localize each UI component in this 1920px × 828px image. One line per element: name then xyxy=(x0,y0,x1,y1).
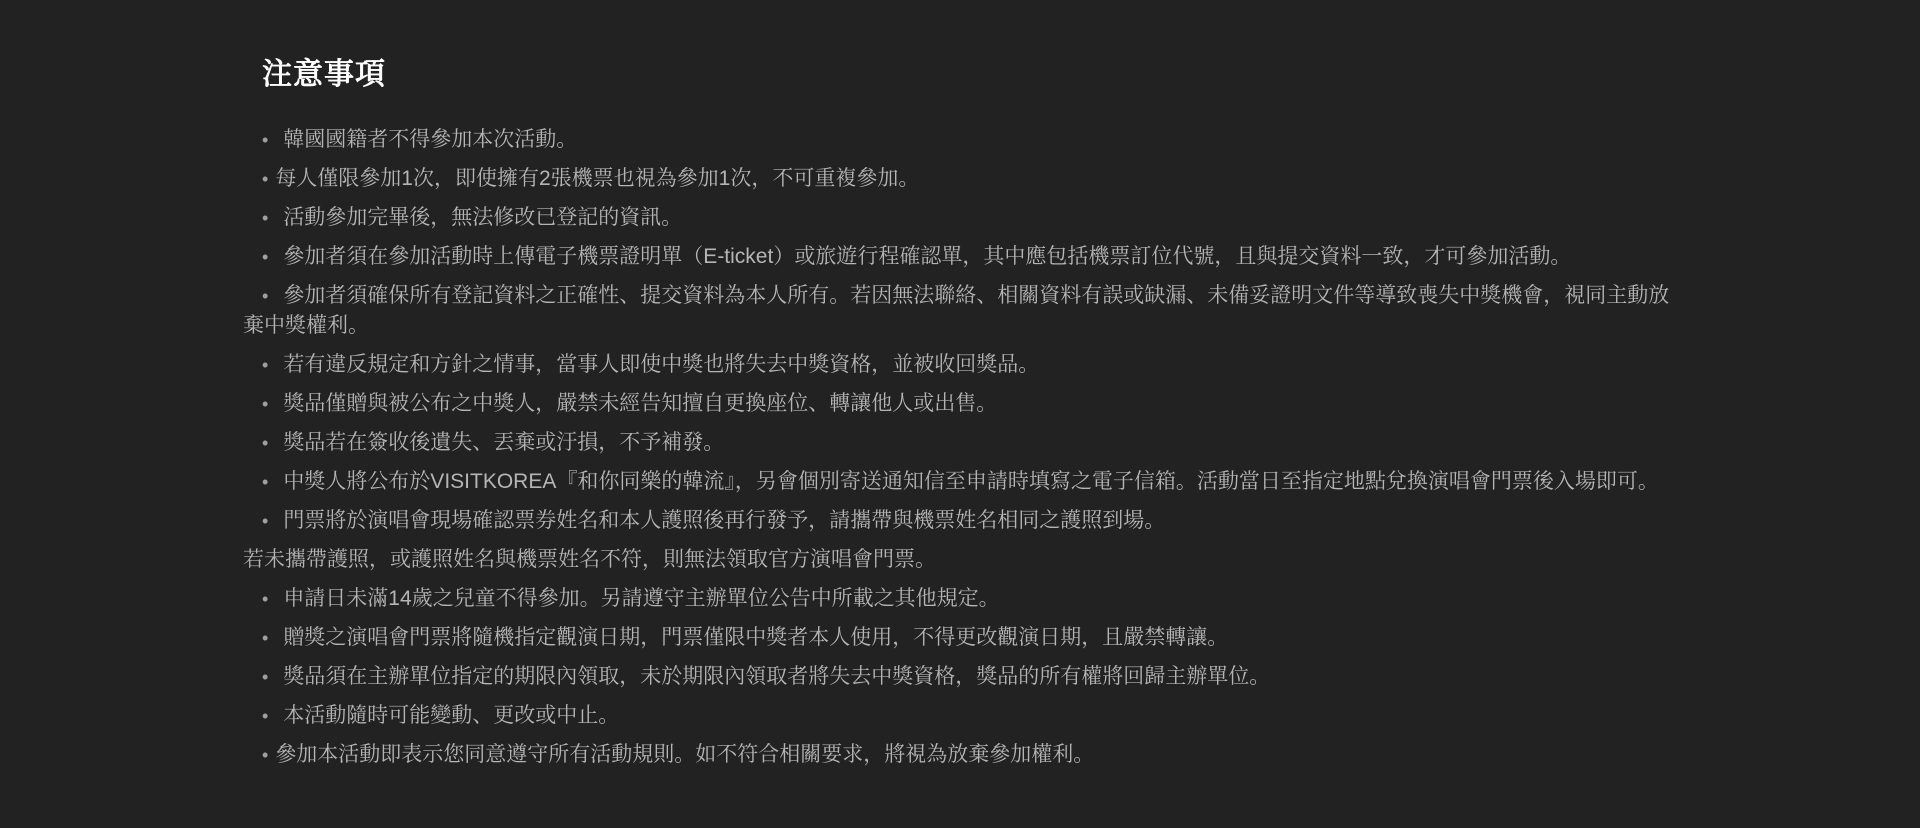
notice-item-text: 參加者須在參加活動時上傳電子機票證明單（E-ticket）或旅遊行程確認單，其中… xyxy=(283,245,1571,268)
notice-item: •每人僅限參加1次，即使擁有2張機票也視為參加1次，不可重複參加。 xyxy=(243,164,1683,194)
bullet-marker-icon: • xyxy=(262,667,268,687)
notice-item: •申請日未滿14歲之兒童不得參加。另請遵守主辦單位公告中所載之其他規定。 xyxy=(243,584,1683,614)
notice-item: •門票將於演唱會現場確認票券姓名和本人護照後再行發予，請攜帶與機票姓名相同之護照… xyxy=(243,506,1683,536)
notice-list: •韓國國籍者不得參加本次活動。•每人僅限參加1次，即使擁有2張機票也視為參加1次… xyxy=(243,125,1683,770)
bullet-marker-icon: • xyxy=(262,394,268,414)
notice-item-text: 若有違反規定和方針之情事，當事人即使中獎也將失去中獎資格，並被收回獎品。 xyxy=(283,353,1039,376)
notice-continuation-line: 若未攜帶護照，或護照姓名與機票姓名不符，則無法領取官方演唱會門票。 xyxy=(243,545,1683,575)
notice-item-text: 本活動隨時可能變動、更改或中止。 xyxy=(283,704,619,727)
bullet-marker-icon: • xyxy=(262,169,268,189)
bullet-marker-icon: • xyxy=(262,472,268,492)
bullet-marker-icon: • xyxy=(262,208,268,228)
bullet-marker-icon: • xyxy=(262,355,268,375)
notice-item-text: 韓國國籍者不得參加本次活動。 xyxy=(283,128,577,151)
notice-item-text: 活動參加完畢後，無法修改已登記的資訊。 xyxy=(283,206,682,229)
notice-item-text: 門票將於演唱會現場確認票券姓名和本人護照後再行發予，請攜帶與機票姓名相同之護照到… xyxy=(283,509,1165,532)
notice-item-text: 申請日未滿14歲之兒童不得參加。另請遵守主辦單位公告中所載之其他規定。 xyxy=(283,587,999,610)
bullet-marker-icon: • xyxy=(262,286,268,306)
bullet-marker-icon: • xyxy=(262,433,268,453)
notice-item-text: 獎品僅贈與被公布之中獎人，嚴禁未經告知擅自更換座位、轉讓他人或出售。 xyxy=(283,392,997,415)
notice-item-text: 每人僅限參加1次，即使擁有2張機票也視為參加1次，不可重複參加。 xyxy=(275,167,919,190)
notice-item-text: 獎品須在主辦單位指定的期限內領取，未於期限內領取者將失去中獎資格，獎品的所有權將… xyxy=(283,665,1270,688)
notice-item: •獎品須在主辦單位指定的期限內領取，未於期限內領取者將失去中獎資格，獎品的所有權… xyxy=(243,662,1683,692)
bullet-marker-icon: • xyxy=(262,130,268,150)
bullet-marker-icon: • xyxy=(262,745,268,765)
notice-item: •若有違反規定和方針之情事，當事人即使中獎也將失去中獎資格，並被收回獎品。 xyxy=(243,350,1683,380)
notice-item-text: 參加者須確保所有登記資料之正確性、提交資料為本人所有。若因無法聯絡、相關資料有誤… xyxy=(243,284,1669,337)
notice-item: •韓國國籍者不得參加本次活動。 xyxy=(243,125,1683,155)
bullet-marker-icon: • xyxy=(262,247,268,267)
notice-item: •獎品若在簽收後遺失、丟棄或汙損，不予補發。 xyxy=(243,428,1683,458)
bullet-marker-icon: • xyxy=(262,628,268,648)
notice-item-text: 中獎人將公布於VISITKOREA『和你同樂的韓流』，另會個別寄送通知信至申請時… xyxy=(283,470,1659,493)
notice-item: •中獎人將公布於VISITKOREA『和你同樂的韓流』，另會個別寄送通知信至申請… xyxy=(243,467,1683,497)
notice-item-text: 贈獎之演唱會門票將隨機指定觀演日期，門票僅限中獎者本人使用，不得更改觀演日期，且… xyxy=(283,626,1228,649)
notice-page: 注意事項 •韓國國籍者不得參加本次活動。•每人僅限參加1次，即使擁有2張機票也視… xyxy=(0,0,1920,828)
bullet-marker-icon: • xyxy=(262,706,268,726)
bullet-marker-icon: • xyxy=(262,589,268,609)
notice-item: •活動參加完畢後，無法修改已登記的資訊。 xyxy=(243,203,1683,233)
bullet-marker-icon: • xyxy=(262,511,268,531)
notice-section: 注意事項 •韓國國籍者不得參加本次活動。•每人僅限參加1次，即使擁有2張機票也視… xyxy=(243,57,1687,770)
notice-item-text: 參加本活動即表示您同意遵守所有活動規則。如不符合相關要求，將視為放棄參加權利。 xyxy=(275,743,1094,766)
page-title: 注意事項 xyxy=(262,57,1687,93)
notice-item-text: 若未攜帶護照，或護照姓名與機票姓名不符，則無法領取官方演唱會門票。 xyxy=(243,548,936,571)
notice-item: •參加者須確保所有登記資料之正確性、提交資料為本人所有。若因無法聯絡、相關資料有… xyxy=(243,281,1683,341)
notice-item: •參加本活動即表示您同意遵守所有活動規則。如不符合相關要求，將視為放棄參加權利。 xyxy=(243,740,1683,770)
notice-item: •獎品僅贈與被公布之中獎人，嚴禁未經告知擅自更換座位、轉讓他人或出售。 xyxy=(243,389,1683,419)
notice-item: •贈獎之演唱會門票將隨機指定觀演日期，門票僅限中獎者本人使用，不得更改觀演日期，… xyxy=(243,623,1683,653)
notice-item: •參加者須在參加活動時上傳電子機票證明單（E-ticket）或旅遊行程確認單，其… xyxy=(243,242,1683,272)
notice-item-text: 獎品若在簽收後遺失、丟棄或汙損，不予補發。 xyxy=(283,431,724,454)
notice-item: •本活動隨時可能變動、更改或中止。 xyxy=(243,701,1683,731)
